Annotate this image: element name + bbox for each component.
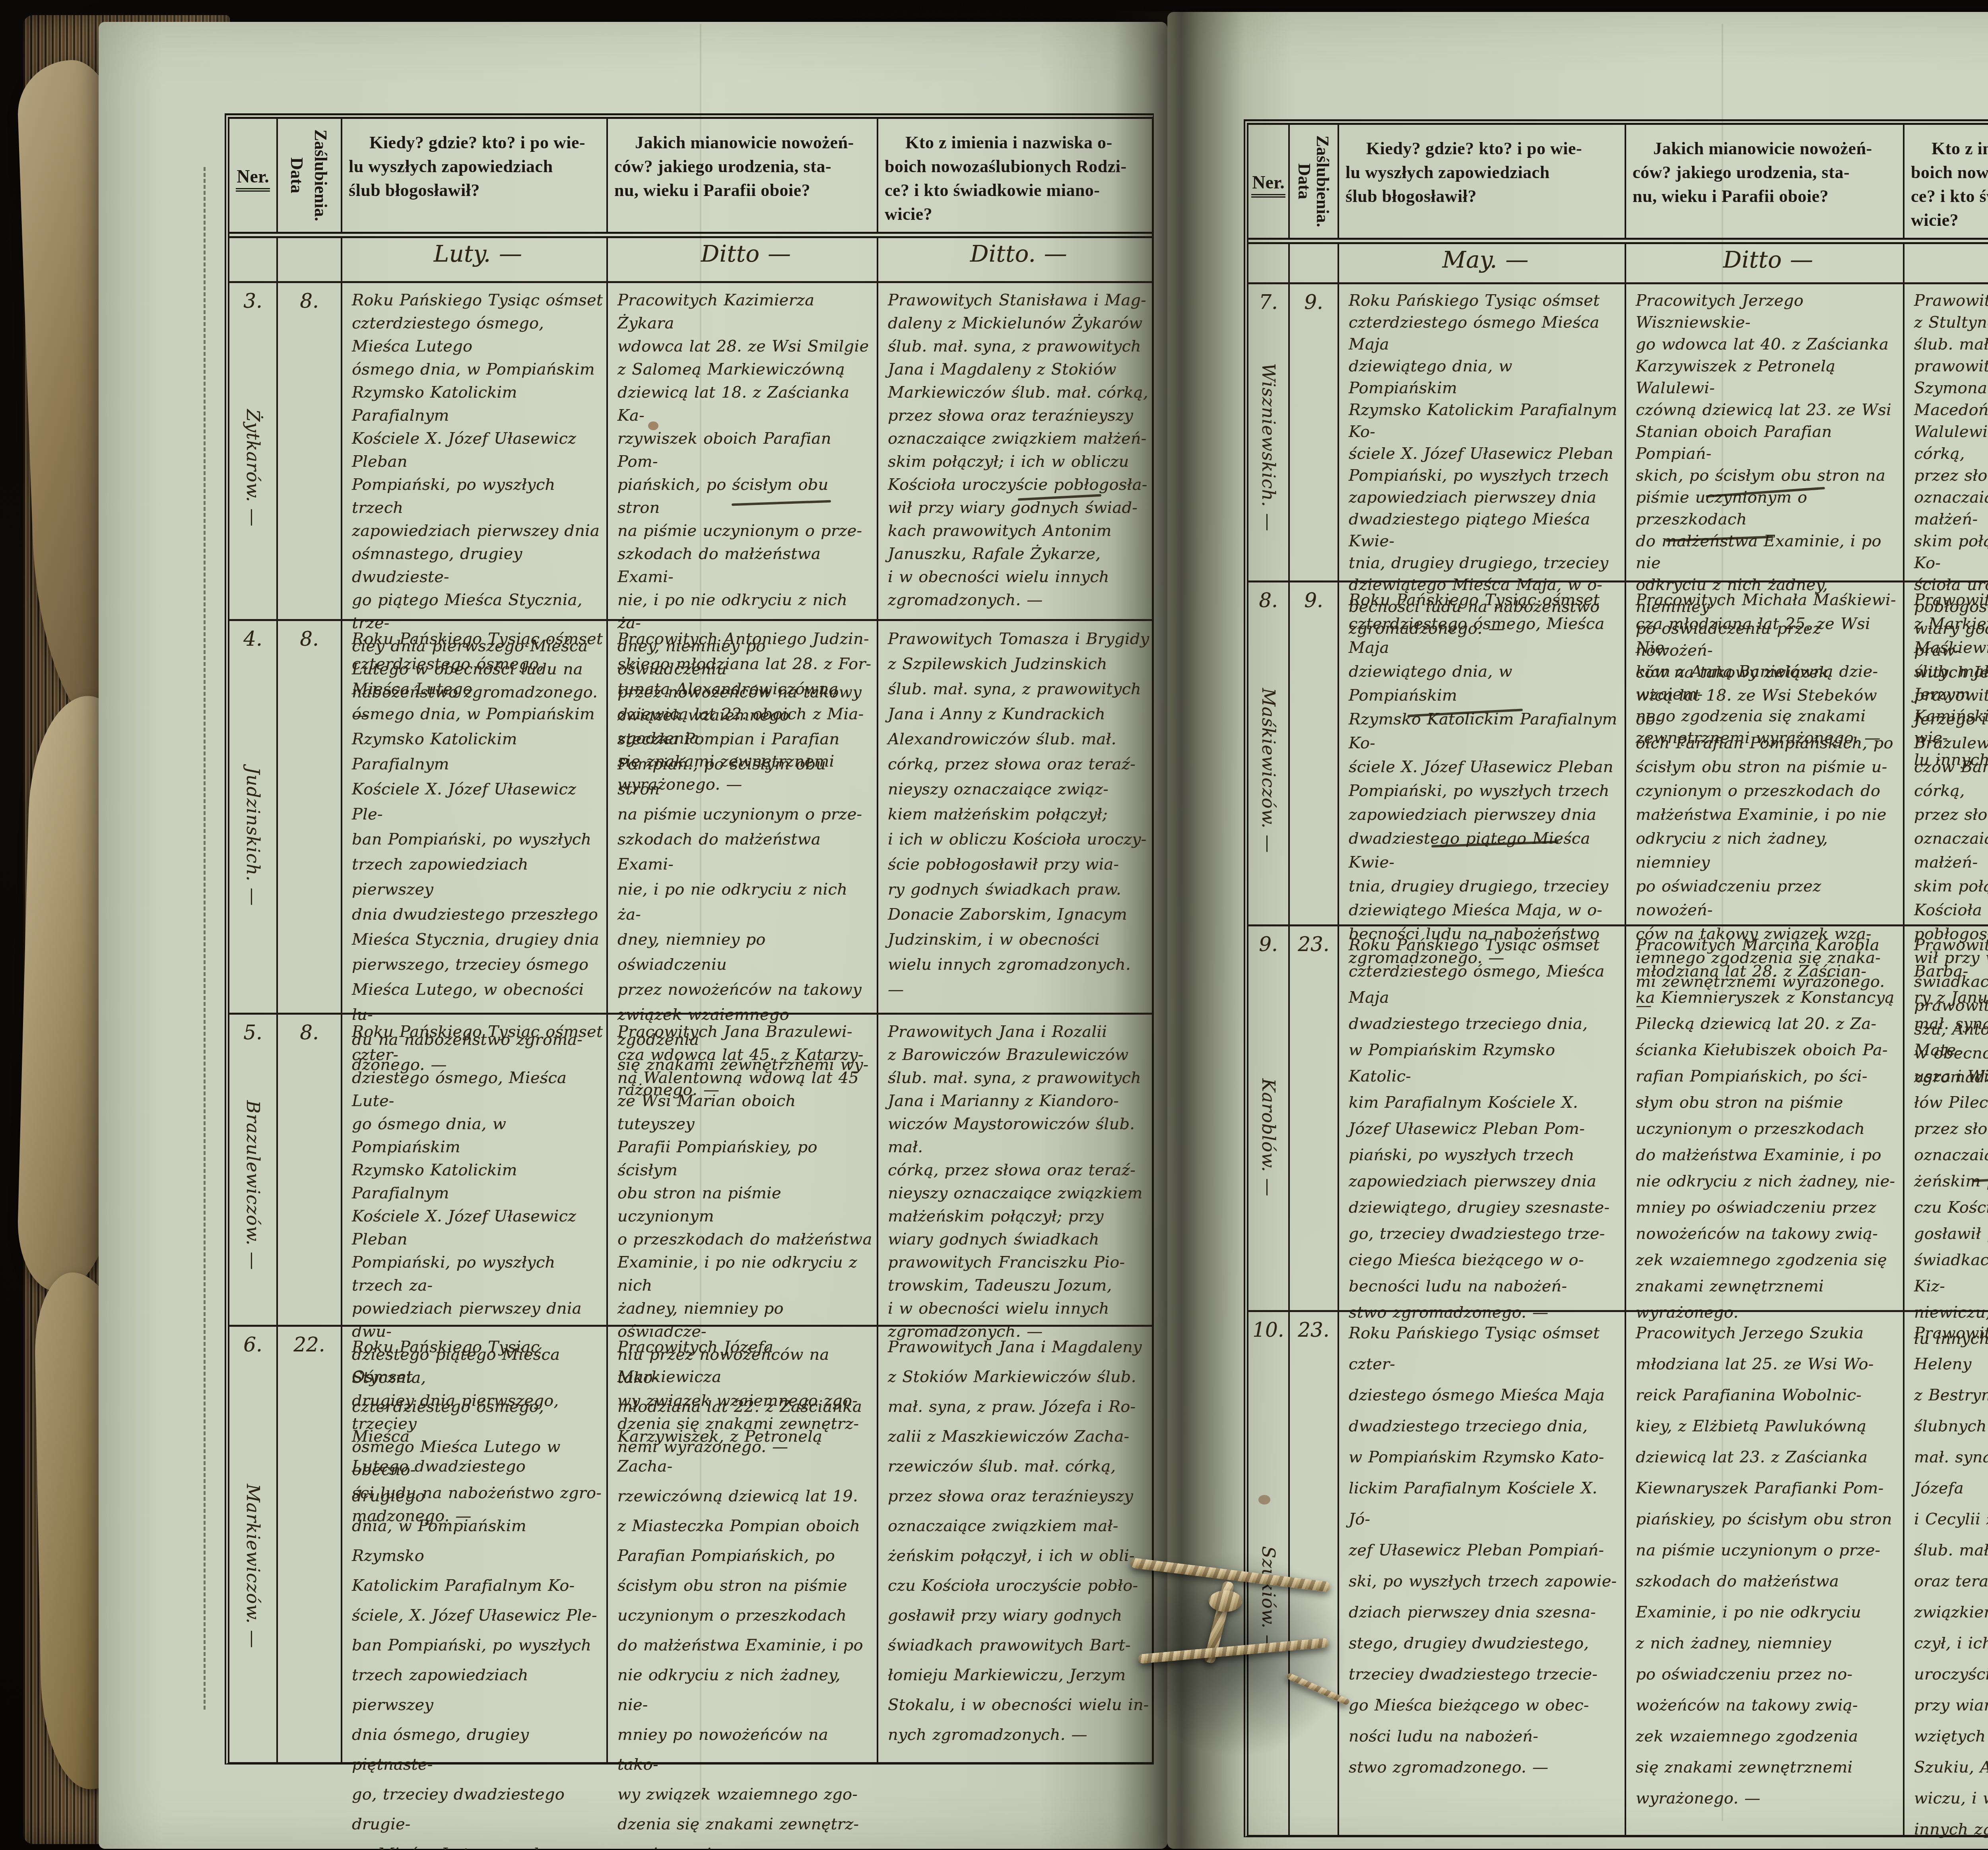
margin-surname-note: Judzinskich. — xyxy=(243,767,264,906)
month-heading: May. — xyxy=(1338,244,1625,282)
record-officiation-text: Roku Pańskiego Tysiąc ośmset czterdziest… xyxy=(341,621,606,1013)
entry-number-cell: 9. Karoblów. — xyxy=(1248,926,1288,1310)
ditto-heading: Ditto — xyxy=(1625,244,1903,282)
margin-surname-note: Żytkarów. — xyxy=(243,409,264,526)
marriage-date-cell: 9. xyxy=(1288,284,1338,580)
register-row: 8. Maśkiewiczów. — 9. Roku Pańskiego Tys… xyxy=(1248,580,1988,924)
marriage-date-cell: 9. xyxy=(1288,582,1338,924)
column-header-ner: Ner. xyxy=(1248,125,1288,238)
marriage-date: 8. xyxy=(278,627,341,650)
entry-number: 6. xyxy=(229,1333,276,1356)
record-officiation-text: Roku Pańskiego Tysiąc Ośmset czterdziest… xyxy=(341,1327,606,1762)
marriage-date: 9. xyxy=(1290,291,1338,314)
record-parents-witnesses-text: Prawowitych Stanisława i Mag- daleny z M… xyxy=(877,283,1152,619)
margin-surname-note: Wiszniewskich. — xyxy=(1258,363,1279,532)
register-row: 3. Żytkarów. — 8. Roku Pańskiego Tysiąc … xyxy=(229,281,1152,619)
date-header-line1: Data xyxy=(1294,163,1314,199)
record-officiation-text: Roku Pańskiego Tysiąc ośmset czter- dzie… xyxy=(341,1015,606,1325)
record-newlyweds-text: Pracowitych Michała Maśkiewi- cza młodzi… xyxy=(1625,582,1903,924)
margin-surname-note: Karoblów. — xyxy=(1258,1078,1279,1196)
entry-number: 8. xyxy=(1248,589,1288,612)
table-header-row: Ner. Data Zaślubienia. Kiedy? gdzie? kto… xyxy=(1248,125,1988,244)
record-parents-witnesses-text: Prawowitych Marcina i Anny z Stultynów W… xyxy=(1903,284,1988,580)
marriage-register-table-left: Ner. Data Zaślubienia. Kiedy? gdzie? kto… xyxy=(225,113,1154,1765)
entry-number: 5. xyxy=(229,1021,276,1044)
register-row: 6. Markiewiczów. — 22. Roku Pańskiego Ty… xyxy=(229,1325,1152,1762)
cord-knot xyxy=(1209,1590,1242,1612)
column-header-ner: Ner. xyxy=(229,119,276,232)
marriage-date-cell: 8. xyxy=(276,283,341,619)
record-newlyweds-text: Pracowitych Kazimierza Żykara wdowca lat… xyxy=(606,283,877,619)
column-header-marriage-date: Data Zaślubienia. xyxy=(276,119,341,232)
marriage-date: 22. xyxy=(278,1333,341,1356)
marriage-date-cell: 8. xyxy=(276,621,341,1013)
marriage-date: 23. xyxy=(1290,933,1338,956)
marriage-date-cell: 22. xyxy=(276,1327,341,1762)
column-header-newlyweds: Jakich mianowicie nowożeń- ców? jakiego … xyxy=(1625,125,1903,238)
date-header-line1: Data xyxy=(287,157,307,193)
register-row: 7. Wiszniewskich. — 9. Roku Pańskiego Ty… xyxy=(1248,282,1988,580)
entry-number: 4. xyxy=(229,627,276,650)
record-officiation-text: Roku Pańskiego Tysiąc ośmset czter- dzie… xyxy=(1338,1312,1625,1835)
column-header-officiation: Kiedy? gdzie? kto? i po wie- lu wyszłych… xyxy=(341,119,606,232)
marriage-date-cell: 23. xyxy=(1288,926,1338,1310)
record-parents-witnesses-text: Prawowitych Wawrzyńca i Barba- ry z Janu… xyxy=(1903,926,1988,1310)
record-parents-witnesses-text: Prawowitych Jana i Rozalii z Barowiczów … xyxy=(877,1015,1152,1325)
record-newlyweds-text: Pracowitych Jana Brazulewi- cza wdowca l… xyxy=(606,1015,877,1325)
date-header-line2: Zaślubienia. xyxy=(1312,135,1332,227)
column-header-parents-witnesses: Kto z imienia i nazwiska o- boich nowoza… xyxy=(877,119,1152,232)
month-heading-row: May. — Ditto — Ditto. — xyxy=(1248,244,1988,282)
entry-number: 3. xyxy=(229,289,276,313)
margin-surname-note: Brazulewiczów. — xyxy=(243,1101,264,1270)
register-row: 10. Szukiów. — 23. Roku Pańskiego Tysiąc… xyxy=(1248,1310,1988,1835)
marriage-register-table-right: Ner. Data Zaślubienia. Kiedy? gdzie? kto… xyxy=(1244,119,1988,1837)
record-newlyweds-text: Pracowitych Marcina Karobla młodziana la… xyxy=(1625,926,1903,1310)
entry-number-cell: 6. Markiewiczów. — xyxy=(229,1327,276,1762)
month-heading: Luty. — xyxy=(341,238,606,281)
record-parents-witnesses-text: Prawowitych Jana i Magdaleny z Stokiów M… xyxy=(877,1327,1152,1762)
record-newlyweds-text: Pracowitych Jerzego Szukia młodziana lat… xyxy=(1625,1312,1903,1835)
ditto-heading: Ditto. — xyxy=(877,238,1152,281)
previous-page-rule-remnant xyxy=(204,167,206,1710)
month-heading-row: Luty. — Ditto — Ditto. — xyxy=(229,238,1152,281)
entry-number-cell: 4. Judzinskich. — xyxy=(229,621,276,1013)
record-officiation-text: Roku Pańskiego Tysiąc ośmset czterdziest… xyxy=(341,283,606,619)
record-officiation-text: Roku Pańskiego Tysiąc ośmset czterdziest… xyxy=(1338,582,1625,924)
record-parents-witnesses-text: Prawowitych Jana i Felicyanny z Markiewi… xyxy=(1903,582,1988,924)
column-header-marriage-date: Data Zaślubienia. xyxy=(1288,125,1338,238)
margin-surname-note: Markiewiczów. — xyxy=(243,1484,264,1648)
table-header-row: Ner. Data Zaślubienia. Kiedy? gdzie? kto… xyxy=(229,119,1152,238)
entry-number: 10. xyxy=(1248,1318,1288,1341)
date-header-line2: Zaślubienia. xyxy=(311,129,331,221)
record-parents-witnesses-text: Prawowitych Antoniego i Heleny z Bestryn… xyxy=(1903,1312,1988,1835)
record-officiation-text: Roku Pańskiego Tysiąc ośmset czterdziest… xyxy=(1338,284,1625,580)
marriage-date: 8. xyxy=(278,289,341,313)
marriage-date: 23. xyxy=(1290,1318,1338,1341)
ditto-heading: Ditto — xyxy=(606,238,877,281)
column-header-officiation: Kiedy? gdzie? kto? i po wie- lu wyszłych… xyxy=(1338,125,1625,238)
entry-number-cell: 5. Brazulewiczów. — xyxy=(229,1015,276,1325)
ner-header-label: Ner. xyxy=(1251,172,1285,198)
register-row: 4. Judzinskich. — 8. Roku Pańskiego Tysi… xyxy=(229,619,1152,1013)
marriage-date: 8. xyxy=(278,1021,341,1044)
entry-number: 9. xyxy=(1248,933,1288,956)
column-header-parents-witnesses: Kto z imienia i nazwiska o- boich nowoza… xyxy=(1903,125,1988,238)
record-newlyweds-text: Pracowitych Antoniego Judzin- skiego mło… xyxy=(606,621,877,1013)
entry-number-cell: 7. Wiszniewskich. — xyxy=(1248,284,1288,580)
entry-number-cell: 8. Maśkiewiczów. — xyxy=(1248,582,1288,924)
column-header-newlyweds: Jakich mianowicie nowożeń- ców? jakiego … xyxy=(606,119,877,232)
scanned-register-photo: { "page_number": "66.", "table_headers":… xyxy=(0,0,1988,1850)
record-newlyweds-text: Pracowitych Józefa Markiewicza młodziana… xyxy=(606,1327,877,1762)
record-parents-witnesses-text: Prawowitych Tomasza i Brygidy z Szpilews… xyxy=(877,621,1152,1013)
entry-number-cell: 3. Żytkarów. — xyxy=(229,283,276,619)
register-row: 5. Brazulewiczów. — 8. Roku Pańskiego Ty… xyxy=(229,1013,1152,1325)
ditto-heading: Ditto. — xyxy=(1903,244,1988,282)
entry-number: 7. xyxy=(1248,291,1288,314)
margin-surname-note: Maśkiewiczów. — xyxy=(1258,688,1279,853)
ner-header-label: Ner. xyxy=(236,166,270,192)
register-row: 9. Karoblów. — 23. Roku Pańskiego Tysiąc… xyxy=(1248,924,1988,1310)
record-officiation-text: Roku Pańskiego Tysiąc ośmset czterdziest… xyxy=(1338,926,1625,1310)
marriage-date: 9. xyxy=(1290,589,1338,612)
marriage-date-cell: 8. xyxy=(276,1015,341,1325)
